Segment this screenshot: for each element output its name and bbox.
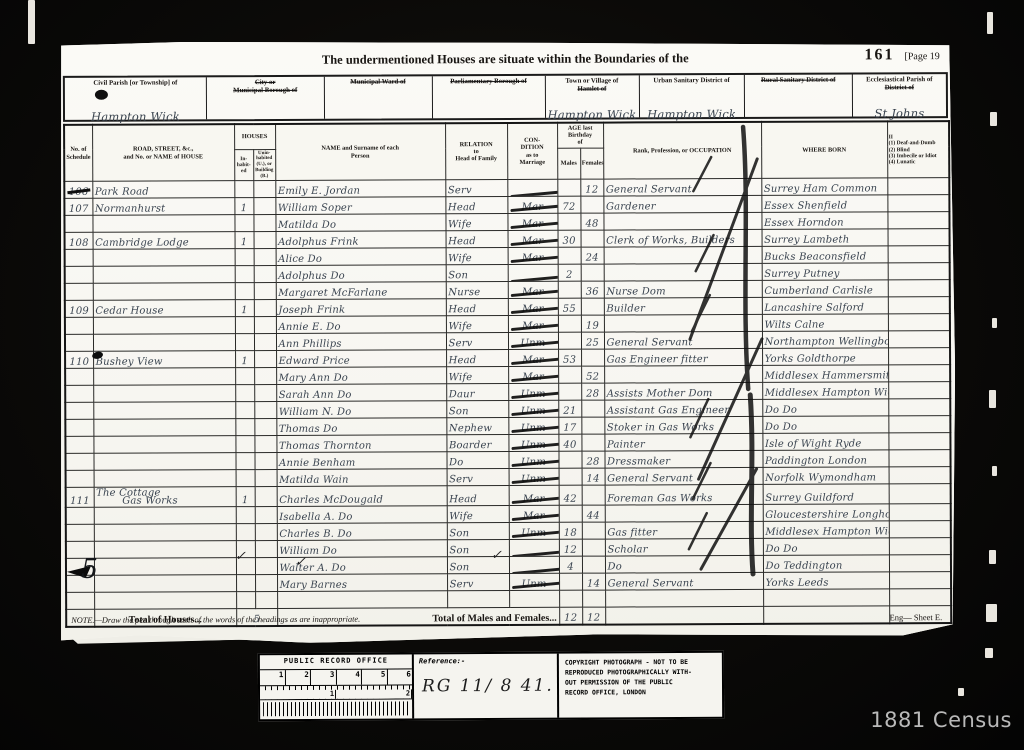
- cell-where-born: Surrey Ham Common: [761, 178, 887, 196]
- cell-person-name: Emily E. Jordan: [275, 180, 445, 198]
- cell-infirmity: [888, 263, 950, 280]
- admin-field-label: Town or Village ofHamlet of: [545, 77, 638, 94]
- cell-infirmity: [888, 416, 950, 433]
- cell-age-male: 18: [559, 523, 582, 540]
- condition-value-struck: Unm: [519, 406, 547, 417]
- cell-houses-inhabited: [236, 507, 255, 524]
- cell-houses-inhabited: [235, 436, 254, 453]
- cell-occupation: Gas Engineer fitter: [604, 349, 762, 367]
- cell-houses-inhabited: 1: [235, 351, 254, 368]
- ruler-number: 1: [260, 690, 336, 699]
- cell-address: [93, 402, 235, 420]
- condition-value-struck: Unm: [519, 389, 547, 400]
- cell-person-name: Adolphus Frink: [276, 231, 446, 249]
- cell-infirmity: [887, 178, 949, 195]
- cell-houses-uninhabited: [255, 592, 277, 609]
- cell-age-male: [559, 574, 582, 591]
- admin-field-value: Hampton Wick: [67, 109, 204, 124]
- cell-houses-uninhabited: [255, 541, 277, 558]
- condition-value-struck: Unm: [519, 440, 547, 451]
- cell-occupation: Assists Mother Dom: [604, 383, 762, 401]
- admin-field-label: Ecclesiastical Parish ofDistrict of: [853, 76, 946, 93]
- cell-person-name: Matilda Wain: [277, 469, 447, 487]
- film-speck: [990, 112, 997, 126]
- cell-houses-inhabited: [235, 317, 254, 334]
- ruler-scale-lower: 12: [260, 685, 412, 700]
- ruler-number: 3: [311, 670, 337, 685]
- cell-houses-uninhabited: [254, 419, 276, 436]
- cell-houses-uninhabited: [254, 300, 276, 317]
- cell-occupation: Gardener: [603, 196, 761, 214]
- cell-relation: Serv: [446, 333, 508, 350]
- col-schedule: No. of Schedule: [64, 125, 92, 182]
- cell-houses-uninhabited: [254, 266, 276, 283]
- cell-occupation: Dressmaker: [604, 451, 762, 469]
- cell-houses-uninhabited: [254, 334, 276, 351]
- cell-relation: Wife: [445, 214, 507, 231]
- condition-value-struck: Mar: [519, 304, 547, 315]
- cell-relation: Do: [446, 452, 508, 469]
- cell-address: [94, 524, 236, 542]
- cell-age-female: [581, 231, 604, 248]
- admin-field-6: Rural Sanitary District of: [744, 74, 852, 116]
- cell-houses-uninhabited: [254, 351, 276, 368]
- cell-where-born: Surrey Lambeth: [762, 229, 888, 247]
- cell-relation: Nurse: [446, 282, 508, 299]
- cell-condition: Mar: [507, 197, 557, 214]
- cell-relation: Serv: [445, 180, 507, 197]
- cell-houses-inhabited: [234, 215, 253, 232]
- cell-age-male: [558, 452, 581, 469]
- cell-infirmity: [888, 331, 950, 348]
- cell-houses-uninhabited: [255, 487, 277, 507]
- cell-schedule-number: [66, 593, 94, 610]
- cell-occupation: General Servant: [603, 179, 761, 197]
- cell-occupation: Foreman Gas Works: [605, 485, 763, 506]
- footer-note: NOTE.—Draw the pen through such of the w…: [71, 615, 360, 626]
- cell-condition: Unm: [508, 333, 558, 350]
- ruler-scale-inches: 123456: [260, 669, 412, 686]
- public-record-office-card: PUBLIC RECORD OFFICE 123456 12 Reference…: [258, 651, 724, 721]
- cell-schedule-number: [66, 508, 94, 525]
- cell-where-born: [763, 589, 889, 607]
- admin-field-value: St Johns: [855, 106, 944, 120]
- cell-address: [93, 419, 235, 437]
- cell-address: [93, 283, 235, 301]
- admin-field-1: City orMunicipal Borough of: [206, 77, 324, 120]
- ruler-number: 5: [362, 670, 388, 685]
- cell-person-name: Edward Price: [276, 350, 446, 368]
- cell-age-female: 14: [582, 469, 605, 486]
- condition-value-struck: Mar: [518, 202, 546, 213]
- condition-value-struck: Unm: [520, 457, 548, 468]
- condition-value-struck: Mar: [520, 494, 548, 505]
- cell-where-born: Cumberland Carlisle: [762, 280, 888, 298]
- cell-age-male: [558, 333, 581, 350]
- cell-houses-uninhabited: [253, 215, 275, 232]
- cell-where-born: Northampton Wellingboro: [762, 331, 888, 349]
- cell-address: [94, 592, 236, 610]
- cell-houses-uninhabited: [254, 368, 276, 385]
- cell-address: [94, 507, 236, 525]
- cell-schedule-number: 107: [64, 199, 92, 216]
- ruler-number: 4: [336, 670, 362, 685]
- condition-value-struck: Mar: [518, 219, 546, 230]
- cell-houses-inhabited: [236, 470, 255, 487]
- cell-where-born: Gloucestershire Longhope: [763, 504, 889, 522]
- cell-houses-inhabited: [235, 402, 254, 419]
- col-age: AGE last Birthday of: [557, 123, 603, 148]
- cell-houses-uninhabited: [255, 524, 277, 541]
- cell-schedule-number: [65, 437, 93, 454]
- col-relation: RELATION to Head of Family: [445, 123, 507, 180]
- census-sheet: The undermentioned Houses are situate wi…: [57, 38, 957, 644]
- ruler-number: 1: [260, 670, 286, 685]
- cell-occupation: [603, 213, 761, 231]
- cell-houses-uninhabited: [255, 470, 277, 487]
- reference-label: Reference:-: [414, 654, 557, 666]
- ruler-fine-ticks: [263, 701, 409, 716]
- cell-schedule-number: [65, 369, 93, 386]
- condition-value-struck: Unm: [520, 528, 548, 539]
- col-infirmity: II (1) Deaf-and-Dumb (2) Blind (3) Imbec…: [887, 121, 949, 178]
- cell-occupation: General Servant: [605, 468, 763, 486]
- admin-field-label: Parliamentary Borough of: [433, 78, 545, 87]
- cell-age-female: [582, 540, 605, 557]
- cell-age-female: 52: [581, 367, 604, 384]
- col-uninhabited: Unin- habited (U.), or Building (B.): [253, 149, 275, 181]
- condition-value-struck: Unm: [520, 579, 548, 590]
- cell-schedule-number: [66, 525, 94, 542]
- admin-field-7: Ecclesiastical Parish ofDistrict ofSt Jo…: [852, 74, 946, 116]
- admin-field-value: Hampton Wick: [642, 107, 742, 121]
- cell-schedule-number: 111: [66, 488, 94, 508]
- cell-houses-inhabited: 1: [234, 198, 253, 215]
- cell-schedule-number: [65, 318, 93, 335]
- cell-relation: Head: [447, 486, 509, 506]
- cell-houses-inhabited: [236, 524, 255, 541]
- cell-schedule-number: [65, 386, 93, 403]
- admin-field-label: City orMunicipal Borough of: [207, 79, 324, 96]
- cell-infirmity: [889, 572, 951, 589]
- cell-condition: Mar: [508, 231, 558, 248]
- cell-age-female: 48: [580, 214, 603, 231]
- condition-value-struck: Mar: [520, 511, 548, 522]
- ruler-box: PUBLIC RECORD OFFICE 123456 12: [260, 654, 414, 719]
- cell-where-born: Middlesex Hammersmith: [762, 365, 888, 383]
- cell-age-female: 24: [581, 248, 604, 265]
- cell-infirmity: [889, 538, 951, 555]
- condition-value-struck: Mar: [519, 287, 547, 298]
- cell-age-male: 42: [559, 486, 582, 506]
- film-speck: [992, 318, 997, 328]
- admin-field-label: Urban Sanitary District of: [639, 77, 743, 86]
- cell-age-female: [581, 418, 604, 435]
- cell-age-female: [582, 557, 605, 574]
- cell-schedule-number: [65, 454, 93, 471]
- condition-value-struck: Mar: [519, 355, 547, 366]
- cell-address: [93, 317, 235, 335]
- cell-person-name: Thomas Do: [276, 418, 446, 436]
- cell-condition: Unm: [508, 418, 558, 435]
- page-title: The undermentioned Houses are situate wi…: [57, 50, 954, 69]
- cell-where-born: Lancashire Salford: [762, 297, 888, 315]
- cell-houses-inhabited: 1: [235, 300, 254, 317]
- col-condition: CON- DITION as to Marriage: [507, 123, 557, 180]
- cell-age-male: 53: [558, 350, 581, 367]
- cell-occupation: [605, 505, 763, 523]
- reference-value: RG 11/ 8 41.: [422, 676, 554, 697]
- cell-age-male: 40: [558, 435, 581, 452]
- cell-person-name: Charles McDougald: [277, 486, 447, 507]
- cell-houses-uninhabited: [254, 317, 276, 334]
- cell-schedule-number: 106: [64, 182, 92, 199]
- cell-schedule-number: [66, 471, 94, 488]
- cell-infirmity: [887, 195, 949, 212]
- col-males: Males: [557, 148, 580, 180]
- cell-where-born: Isle of Wight Ryde: [762, 433, 888, 451]
- cell-houses-inhabited: 1: [236, 487, 255, 507]
- cell-relation: Head: [446, 350, 508, 367]
- cell-occupation: Assistant Gas Engineer: [604, 400, 762, 418]
- cell-houses-uninhabited: [255, 575, 277, 592]
- cell-person-name: Sarah Ann Do: [276, 384, 446, 402]
- cell-relation: Daur: [446, 384, 508, 401]
- cell-person-name: Ann Phillips: [276, 333, 446, 351]
- condition-value-struck: Mar: [519, 253, 547, 264]
- sheet-code: Eng— Sheet E.: [890, 612, 943, 622]
- cell-address: The CottageGas Works: [94, 487, 236, 508]
- cell-age-male: [558, 282, 581, 299]
- cell-relation: Head: [446, 299, 508, 316]
- cell-houses-inhabited: [236, 592, 255, 609]
- cell-where-born: Middlesex Hampton Wick: [762, 382, 888, 400]
- cell-occupation: General Servant: [605, 573, 763, 591]
- cell-where-born: Wilts Calne: [762, 314, 888, 332]
- cell-address: [93, 334, 235, 352]
- page-number-label: [Page 19: [904, 51, 939, 62]
- cell-relation: Serv: [447, 469, 509, 486]
- cell-age-female: 44: [582, 506, 605, 523]
- cell-schedule-number: 108: [65, 233, 93, 250]
- cell-condition: [509, 540, 559, 557]
- microfilm-frame: The undermentioned Houses are situate wi…: [0, 0, 1024, 750]
- cell-age-female: [581, 299, 604, 316]
- cell-houses-uninhabited: [254, 436, 276, 453]
- ruler-number: 6: [387, 669, 412, 684]
- cell-houses-uninhabited: [253, 198, 275, 215]
- cell-address: [93, 436, 235, 454]
- margin-total-figure: 5: [81, 554, 98, 585]
- cell-person-name: Mary Ann Do: [276, 367, 446, 385]
- cell-where-born: Surrey Putney: [762, 263, 888, 281]
- checkmark: ✓: [235, 549, 246, 564]
- cell-age-female: [581, 401, 604, 418]
- cell-where-born: Yorks Leeds: [763, 572, 889, 590]
- checkmark: ✓: [491, 548, 502, 563]
- cell-occupation: [604, 315, 762, 333]
- cell-person-name: William N. Do: [276, 401, 446, 419]
- cell-houses-inhabited: 1: [235, 232, 254, 249]
- cell-age-male: [558, 248, 581, 265]
- cell-infirmity: [889, 467, 951, 484]
- condition-value-struck: Unm: [519, 423, 547, 434]
- cell-occupation: Scholar: [605, 539, 763, 557]
- cell-condition: Mar: [508, 248, 558, 265]
- cell-condition: Mar: [508, 282, 558, 299]
- column-headers: No. of Schedule ROAD, STREET, &c., and N…: [64, 121, 949, 182]
- cell-age-female: [582, 523, 605, 540]
- cell-relation: [447, 591, 509, 608]
- cell-occupation: [604, 366, 762, 384]
- cell-age-female: [582, 591, 605, 608]
- cell-houses-inhabited: [234, 181, 253, 198]
- cell-houses-uninhabited: [254, 249, 276, 266]
- cell-schedule-number: [65, 284, 93, 301]
- cell-condition: Mar: [508, 350, 558, 367]
- cell-condition: Unm: [508, 401, 558, 418]
- cell-houses-uninhabited: [254, 283, 276, 300]
- cell-occupation: Gas fitter: [605, 522, 763, 540]
- cell-houses-inhabited: [236, 575, 255, 592]
- sheet-header: The undermentioned Houses are situate wi…: [57, 44, 954, 74]
- cell-age-male: [558, 316, 581, 333]
- cell-where-born: Bucks Beaconsfield: [762, 246, 888, 264]
- cell-age-female: 28: [581, 384, 604, 401]
- condition-value-struck: Mar: [519, 236, 547, 247]
- cell-condition: Mar: [508, 299, 558, 316]
- cell-houses-inhabited: [235, 368, 254, 385]
- cell-relation: Nephew: [446, 418, 508, 435]
- cell-occupation: Do: [605, 556, 763, 574]
- cell-houses-inhabited: [235, 385, 254, 402]
- cell-address: [92, 215, 234, 233]
- cell-address: [93, 385, 235, 403]
- cell-where-born: Surrey Guildford: [763, 484, 889, 505]
- cell-where-born: Paddington London: [762, 450, 888, 468]
- cell-age-female: [581, 350, 604, 367]
- cell-where-born: Yorks Goldthorpe: [762, 348, 888, 366]
- cell-person-name: Margaret McFarlane: [276, 282, 446, 300]
- cell-houses-inhabited: [235, 334, 254, 351]
- cell-houses-uninhabited: [254, 385, 276, 402]
- cell-address: Bushey View: [93, 351, 235, 369]
- col-name: NAME and Surname of each Person: [275, 123, 445, 181]
- cell-address: [94, 470, 236, 488]
- cell-infirmity: [888, 297, 950, 314]
- cell-occupation: [605, 590, 763, 608]
- cell-age-female: 36: [581, 282, 604, 299]
- folio-number-group: 161 [Page 19: [864, 46, 939, 64]
- film-speck: [985, 648, 993, 658]
- cell-infirmity: [889, 555, 951, 572]
- cell-infirmity: [889, 589, 951, 606]
- enumeration-rows: 106Park RoadEmily E. JordanServ12General…: [64, 178, 951, 610]
- cell-age-female: 25: [581, 333, 604, 350]
- cell-condition: Unm: [509, 523, 559, 540]
- cell-where-born: Middlesex Hampton Wick: [763, 521, 889, 539]
- cell-address: [93, 266, 235, 284]
- cell-where-born: Norfolk Wymondham: [763, 467, 889, 485]
- cell-relation: Serv: [447, 574, 509, 591]
- cell-age-female: 14: [582, 574, 605, 591]
- cell-address: [94, 541, 236, 559]
- cell-condition: Unm: [509, 469, 559, 486]
- cell-houses-inhabited: [235, 249, 254, 266]
- cell-relation: Wife: [446, 316, 508, 333]
- col-inhabited: In- habit- ed: [234, 149, 253, 181]
- cell-occupation: [604, 264, 762, 282]
- cell-schedule-number: [65, 250, 93, 267]
- cell-age-female: 28: [581, 452, 604, 469]
- admin-field-label: Civil Parish [or Township] of: [65, 79, 206, 88]
- cell-occupation: Painter: [604, 434, 762, 452]
- checkmark: ✓: [295, 555, 306, 570]
- film-speck: [28, 0, 35, 44]
- admin-field-label: Rural Sanitary District of: [745, 76, 852, 85]
- cell-houses-uninhabited: [254, 402, 276, 419]
- cell-condition: [507, 180, 557, 197]
- cell-age-male: 17: [558, 418, 581, 435]
- cell-relation: Boarder: [446, 435, 508, 452]
- cell-occupation: Nurse Dom: [604, 281, 762, 299]
- cell-condition: [508, 265, 558, 282]
- cell-age-male: [558, 367, 581, 384]
- admin-field-4: Town or Village ofHamlet ofHampton Wick: [544, 75, 638, 117]
- cell-infirmity: [888, 246, 950, 263]
- film-speck: [989, 550, 996, 564]
- cell-person-name: [277, 591, 447, 609]
- admin-field-0: Civil Parish [or Township] ofHampton Wic…: [65, 77, 206, 120]
- cell-houses-uninhabited: [254, 232, 276, 249]
- cell-age-male: [559, 506, 582, 523]
- cell-infirmity: [888, 280, 950, 297]
- admin-header-table: Civil Parish [or Township] ofHampton Wic…: [63, 72, 948, 122]
- cell-houses-inhabited: [235, 266, 254, 283]
- cell-person-name: Joseph Frink: [276, 299, 446, 317]
- cell-infirmity: [887, 212, 949, 229]
- cell-person-name: Isabella A. Do: [277, 506, 447, 524]
- cell-infirmity: [888, 382, 950, 399]
- cell-age-female: [580, 197, 603, 214]
- cell-infirmity: [888, 348, 950, 365]
- cell-address: [93, 249, 235, 267]
- cell-age-male: 30: [558, 231, 581, 248]
- ruler-number: 2: [285, 670, 311, 685]
- cell-address: [93, 368, 235, 386]
- cell-houses-inhabited: [235, 453, 254, 470]
- cell-person-name: Charles B. Do: [277, 523, 447, 541]
- film-speck: [989, 390, 996, 408]
- cell-schedule-number: [64, 216, 92, 233]
- cell-condition: Unm: [508, 435, 558, 452]
- cell-houses-inhabited: [235, 283, 254, 300]
- cell-age-male: 2: [558, 265, 581, 282]
- cell-person-name: Alice Do: [276, 248, 446, 266]
- cell-condition: Mar: [509, 506, 559, 523]
- cell-age-male: 72: [557, 197, 580, 214]
- col-where-born: WHERE BORN: [761, 121, 887, 179]
- cell-condition: Mar: [507, 214, 557, 231]
- cell-person-name: Annie E. Do: [276, 316, 446, 334]
- cell-where-born: Do Do: [762, 399, 888, 417]
- cell-houses-uninhabited: [254, 453, 276, 470]
- cell-age-female: [582, 486, 605, 506]
- cell-age-male: [559, 469, 582, 486]
- cell-infirmity: [888, 229, 950, 246]
- reference-box: Reference:- RG 11/ 8 41.: [414, 654, 559, 719]
- film-speck: [958, 688, 964, 696]
